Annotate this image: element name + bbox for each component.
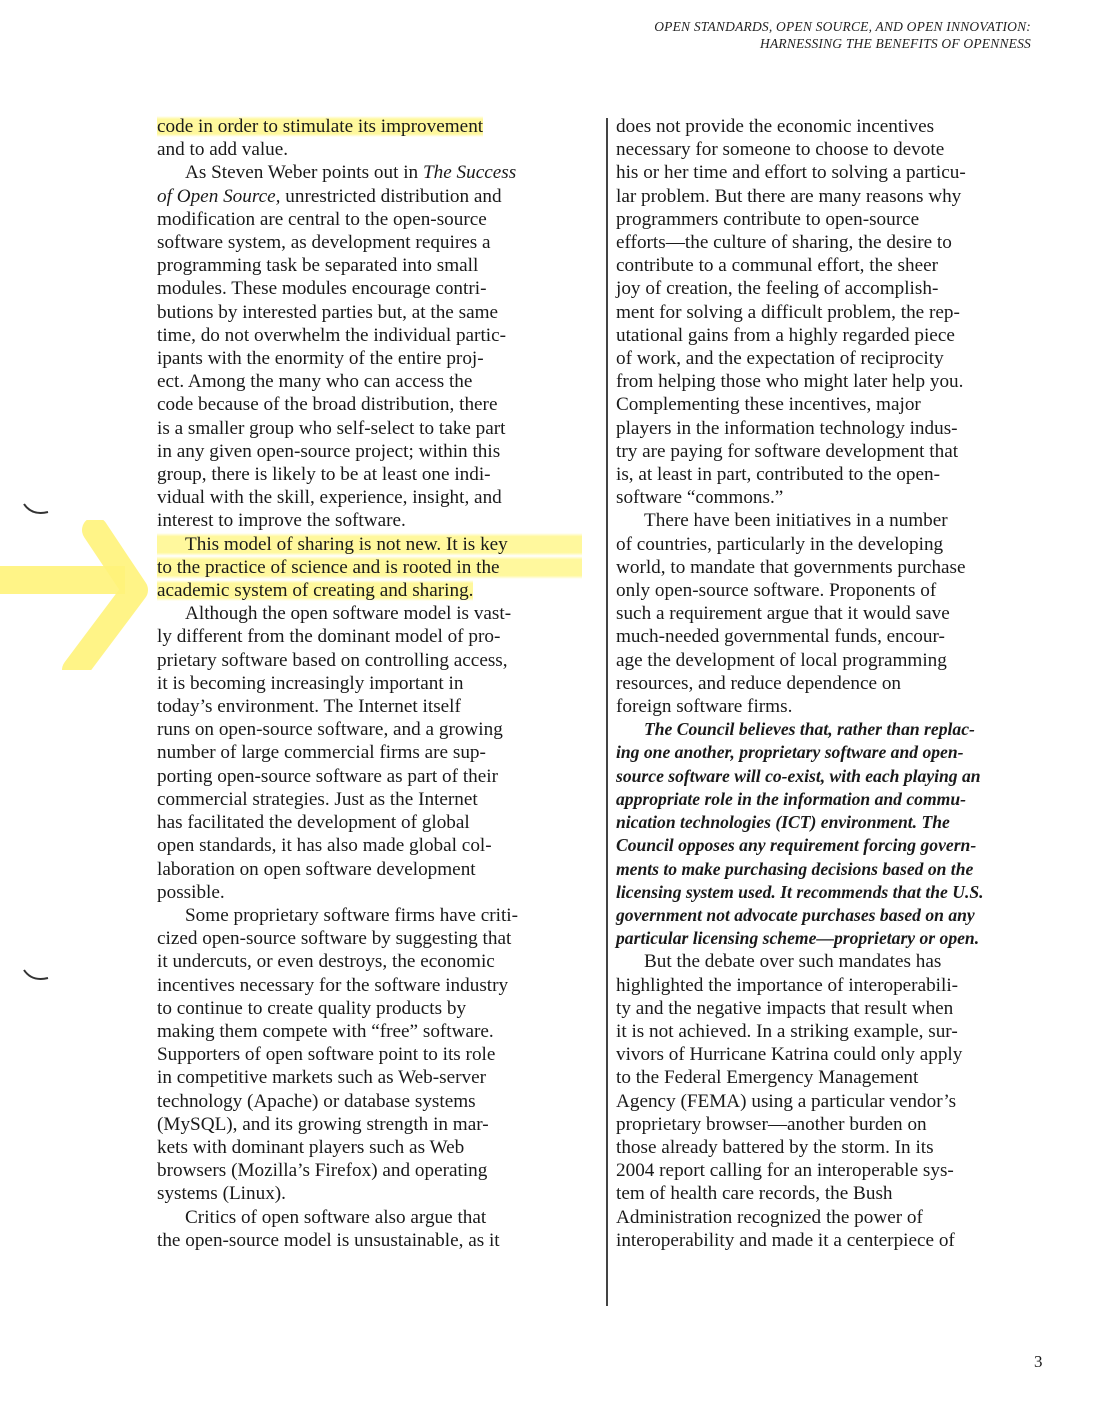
text-line: appropriate role in the information and … — [616, 788, 1036, 811]
text-line: modules. These modules encourage contri- — [157, 277, 582, 300]
text-line: highlighted the importance of interopera… — [616, 974, 1036, 997]
text-line: open standards, it has also made global … — [157, 834, 582, 857]
text-line: it is not achieved. In a striking exampl… — [616, 1020, 1036, 1043]
text-line: age the development of local programming — [616, 649, 1036, 672]
text-line: Although the open software model is vast… — [157, 602, 582, 625]
text-line: laboration on open software development — [157, 858, 582, 881]
text-line: only open-source software. Proponents of — [616, 579, 1036, 602]
column-divider — [606, 118, 608, 1306]
text-line: nication technologies (ICT) environment.… — [616, 811, 1036, 834]
text-line: Some proprietary software firms have cri… — [157, 904, 582, 927]
text-line: making them compete with “free” software… — [157, 1020, 582, 1043]
paragraph: Critics of open software also argue that… — [157, 1206, 582, 1252]
text-line: it undercuts, or even destroys, the econ… — [157, 950, 582, 973]
text-line: utational gains from a highly regarded p… — [616, 324, 1036, 347]
text-line: contribute to a communal effort, the she… — [616, 254, 1036, 277]
text-line: modification are central to the open-sou… — [157, 208, 582, 231]
text-line: number of large commercial firms are sup… — [157, 741, 582, 764]
text-line: interest to improve the software. — [157, 509, 582, 532]
text-line: government not advocate purchases based … — [616, 904, 1036, 927]
text-line: programming task be separated into small — [157, 254, 582, 277]
text-line: Administration recognized the power of — [616, 1206, 1036, 1229]
highlighted-paragraph: This model of sharing is not new. It is … — [157, 533, 582, 603]
text-line: has facilitated the development of globa… — [157, 811, 582, 834]
text-line: lar problem. But there are many reasons … — [616, 185, 1036, 208]
text-line: those already battered by the storm. In … — [616, 1136, 1036, 1159]
text-line: ty and the negative impacts that result … — [616, 997, 1036, 1020]
text-line: to continue to create quality products b… — [157, 997, 582, 1020]
text-line: tem of health care records, the Bush — [616, 1182, 1036, 1205]
book-title: The Success — [423, 162, 516, 183]
text-span: As Steven Weber points out in — [185, 162, 423, 183]
text-line: it is becoming increasingly important in — [157, 672, 582, 695]
text-line: is, at least in part, contributed to the… — [616, 463, 1036, 486]
text-line: porting open-source software as part of … — [157, 765, 582, 788]
binding-hole-mark-icon — [22, 502, 52, 516]
text-line: vivors of Hurricane Katrina could only a… — [616, 1043, 1036, 1066]
running-header: OPEN STANDARDS, OPEN SOURCE, AND OPEN IN… — [654, 18, 1031, 52]
text-line: The Council believes that, rather than r… — [616, 718, 1036, 741]
text-line: But the debate over such mandates has — [616, 950, 1036, 973]
text-line: the open-source model is unsustainable, … — [157, 1229, 582, 1252]
text-line: vidual with the skill, experience, insig… — [157, 486, 582, 509]
text-line: time, do not overwhelm the individual pa… — [157, 324, 582, 347]
text-line: There have been initiatives in a number — [616, 509, 1036, 532]
page-number: 3 — [1034, 1352, 1043, 1372]
highlighted-text: This model of sharing is not new. It is … — [157, 533, 582, 556]
text-line: necessary for someone to choose to devot… — [616, 138, 1036, 161]
text-line: possible. — [157, 881, 582, 904]
text-line: academic system of creating and sharing. — [157, 579, 582, 602]
text-line: systems (Linux). — [157, 1182, 582, 1205]
text-line: Critics of open software also argue that — [157, 1206, 582, 1229]
text-line: to the Federal Emergency Management — [616, 1066, 1036, 1089]
right-column: does not provide the economic incentives… — [616, 115, 1036, 1252]
text-line: try are paying for software development … — [616, 440, 1036, 463]
book-title: of Open Source, — [157, 186, 280, 207]
text-line: programmers contribute to open-source — [616, 208, 1036, 231]
text-line: software system, as development requires… — [157, 231, 582, 254]
binding-hole-mark-icon — [22, 968, 52, 982]
text-span: unrestricted distribution and — [280, 186, 501, 207]
text-line: in competitive markets such as Web-serve… — [157, 1066, 582, 1089]
text-line: butions by interested parties but, at th… — [157, 301, 582, 324]
text-line: of work, and the expectation of reciproc… — [616, 347, 1036, 370]
text-line: cized open-source software by suggesting… — [157, 927, 582, 950]
text-line: 2004 report calling for an interoperable… — [616, 1159, 1036, 1182]
text-line: source software will co-exist, with each… — [616, 765, 1036, 788]
text-line: runs on open-source software, and a grow… — [157, 718, 582, 741]
text-line: code in order to stimulate its improveme… — [157, 115, 582, 138]
highlighted-text: code in order to stimulate its improveme… — [157, 116, 483, 137]
text-line: group, there is likely to be at least on… — [157, 463, 582, 486]
text-line: particular licensing scheme—proprietary … — [616, 927, 1036, 950]
text-line: foreign software firms. — [616, 695, 1036, 718]
text-line: today’s environment. The Internet itself — [157, 695, 582, 718]
paragraph: Some proprietary software firms have cri… — [157, 904, 582, 1206]
text-line: players in the information technology in… — [616, 417, 1036, 440]
text-line: ments to make purchasing decisions based… — [616, 858, 1036, 881]
running-header-line-2: HARNESSING THE BENEFITS OF OPENNESS — [654, 35, 1031, 52]
text-line: efforts—the culture of sharing, the desi… — [616, 231, 1036, 254]
text-line: much-needed governmental funds, encour- — [616, 625, 1036, 648]
text-line: ect. Among the many who can access the — [157, 370, 582, 393]
text-line: ipants with the enormity of the entire p… — [157, 347, 582, 370]
text-line: interoperability and made it a centerpie… — [616, 1229, 1036, 1252]
highlighted-text: academic system of creating and sharing. — [157, 580, 473, 601]
text-line: kets with dominant players such as Web — [157, 1136, 582, 1159]
text-line: ment for solving a difficult problem, th… — [616, 301, 1036, 324]
text-line: As Steven Weber points out in The Succes… — [157, 161, 582, 184]
text-line: Agency (FEMA) using a particular vendor’… — [616, 1090, 1036, 1113]
text-line: is a smaller group who self-select to ta… — [157, 417, 582, 440]
text-line: prietary software based on controlling a… — [157, 649, 582, 672]
text-line: his or her time and effort to solving a … — [616, 161, 1036, 184]
text-line: such a requirement argue that it would s… — [616, 602, 1036, 625]
paragraph: does not provide the economic incentives… — [616, 115, 1036, 509]
text-line: and to add value. — [157, 138, 582, 161]
text-line: proprietary browser—another burden on — [616, 1113, 1036, 1136]
text-line: (MySQL), and its growing strength in mar… — [157, 1113, 582, 1136]
highlighted-text: to the practice of science and is rooted… — [157, 556, 582, 579]
highlighter-arrow-icon — [0, 520, 150, 670]
paragraph: As Steven Weber points out in The Succes… — [157, 161, 582, 532]
text-line: ing one another, proprietary software an… — [616, 741, 1036, 764]
left-column: code in order to stimulate its improveme… — [157, 115, 582, 1252]
text-line: incentives necessary for the software in… — [157, 974, 582, 997]
paragraph: Although the open software model is vast… — [157, 602, 582, 904]
text-line: from helping those who might later help … — [616, 370, 1036, 393]
text-line: software “commons.” — [616, 486, 1036, 509]
text-line: world, to mandate that governments purch… — [616, 556, 1036, 579]
text-line: commercial strategies. Just as the Inter… — [157, 788, 582, 811]
text-line: does not provide the economic incentives — [616, 115, 1036, 138]
text-line: Complementing these incentives, major — [616, 393, 1036, 416]
text-line: code because of the broad distribution, … — [157, 393, 582, 416]
text-line: licensing system used. It recommends tha… — [616, 881, 1036, 904]
text-line: in any given open-source project; within… — [157, 440, 582, 463]
paragraph: But the debate over such mandates has hi… — [616, 950, 1036, 1252]
council-position-statement: The Council believes that, rather than r… — [616, 718, 1036, 950]
text-line: Supporters of open software point to its… — [157, 1043, 582, 1066]
text-line: Council opposes any requirement forcing … — [616, 834, 1036, 857]
text-line: of Open Source, unrestricted distributio… — [157, 185, 582, 208]
paragraph: There have been initiatives in a number … — [616, 509, 1036, 718]
text-line: resources, and reduce dependence on — [616, 672, 1036, 695]
text-line: browsers (Mozilla’s Firefox) and operati… — [157, 1159, 582, 1182]
text-line: of countries, particularly in the develo… — [616, 533, 1036, 556]
running-header-line-1: OPEN STANDARDS, OPEN SOURCE, AND OPEN IN… — [654, 18, 1031, 35]
paragraph: code in order to stimulate its improveme… — [157, 115, 582, 161]
text-line: joy of creation, the feeling of accompli… — [616, 277, 1036, 300]
text-line: ly different from the dominant model of … — [157, 625, 582, 648]
text-line: technology (Apache) or database systems — [157, 1090, 582, 1113]
